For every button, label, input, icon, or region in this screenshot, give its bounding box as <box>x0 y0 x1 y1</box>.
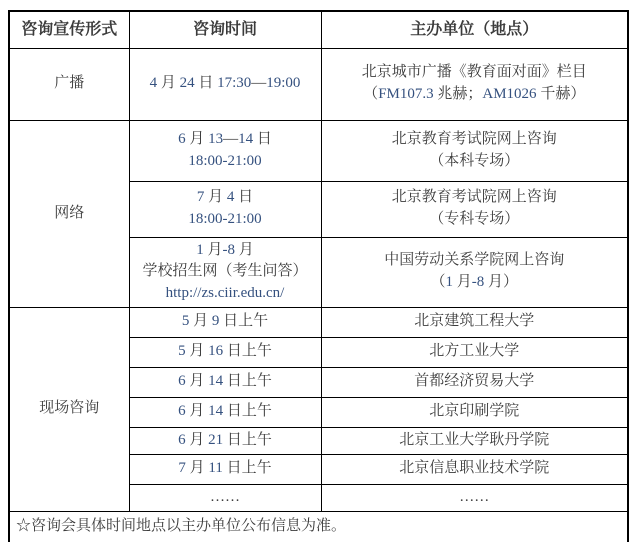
cell-host-ellipsis: …… <box>321 484 628 511</box>
header-consult-time: 咨询时间 <box>129 11 321 48</box>
cell-host: 北京教育考试院网上咨询 （本科专场） <box>321 120 628 181</box>
cell-time: 6 月 14 日上午 <box>129 367 321 397</box>
cell-host: 北方工业大学 <box>321 337 628 367</box>
table-row: 网络 6 月 13—14 日 18:00-21:00 北京教育考试院网上咨询 （… <box>9 120 628 181</box>
header-host-unit: 主办单位（地点） <box>321 11 628 48</box>
cell-time: 5 月 16 日上午 <box>129 337 321 367</box>
cell-host: 北京工业大学耿丹学院 <box>321 427 628 454</box>
page: 咨询宣传形式 咨询时间 主办单位（地点） 广播 4 月 24 日 17:30—1… <box>0 0 634 542</box>
cell-form-broadcast: 广播 <box>9 48 129 120</box>
consultation-table: 咨询宣传形式 咨询时间 主办单位（地点） 广播 4 月 24 日 17:30—1… <box>8 10 629 542</box>
table-footnote-row: ☆咨询会具体时间地点以主办单位公布信息为准。 <box>9 511 628 542</box>
cell-time: 7 月 4 日 18:00-21:00 <box>129 181 321 237</box>
cell-time-ellipsis: …… <box>129 484 321 511</box>
cell-form-network: 网络 <box>9 120 129 307</box>
header-consult-form: 咨询宣传形式 <box>9 11 129 48</box>
cell-time: 6 月 21 日上午 <box>129 427 321 454</box>
cell-time: 1 月-8 月 学校招生网（考生问答） http://zs.ciir.edu.c… <box>129 237 321 307</box>
cell-host: 首都经济贸易大学 <box>321 367 628 397</box>
cell-time: 4 月 24 日 17:30—19:00 <box>129 48 321 120</box>
cell-time: 5 月 9 日上午 <box>129 307 321 337</box>
cell-form-onsite: 现场咨询 <box>9 307 129 511</box>
cell-time: 6 月 14 日上午 <box>129 397 321 427</box>
cell-time: 7 月 11 日上午 <box>129 454 321 484</box>
cell-host: 北京城市广播《教育面对面》栏目 （FM107.3 兆赫；AM1026 千赫） <box>321 48 628 120</box>
table-row: 现场咨询 5 月 9 日上午 北京建筑工程大学 <box>9 307 628 337</box>
table-row: 广播 4 月 24 日 17:30—19:00 北京城市广播《教育面对面》栏目 … <box>9 48 628 120</box>
cell-host: 北京教育考试院网上咨询 （专科专场） <box>321 181 628 237</box>
cell-host: 中国劳动关系学院网上咨询 （1 月-8 月） <box>321 237 628 307</box>
cell-time: 6 月 13—14 日 18:00-21:00 <box>129 120 321 181</box>
cell-host: 北京印刷学院 <box>321 397 628 427</box>
cell-host: 北京信息职业技术学院 <box>321 454 628 484</box>
cell-host: 北京建筑工程大学 <box>321 307 628 337</box>
table-footnote: ☆咨询会具体时间地点以主办单位公布信息为准。 <box>9 511 628 542</box>
table-header-row: 咨询宣传形式 咨询时间 主办单位（地点） <box>9 11 628 48</box>
